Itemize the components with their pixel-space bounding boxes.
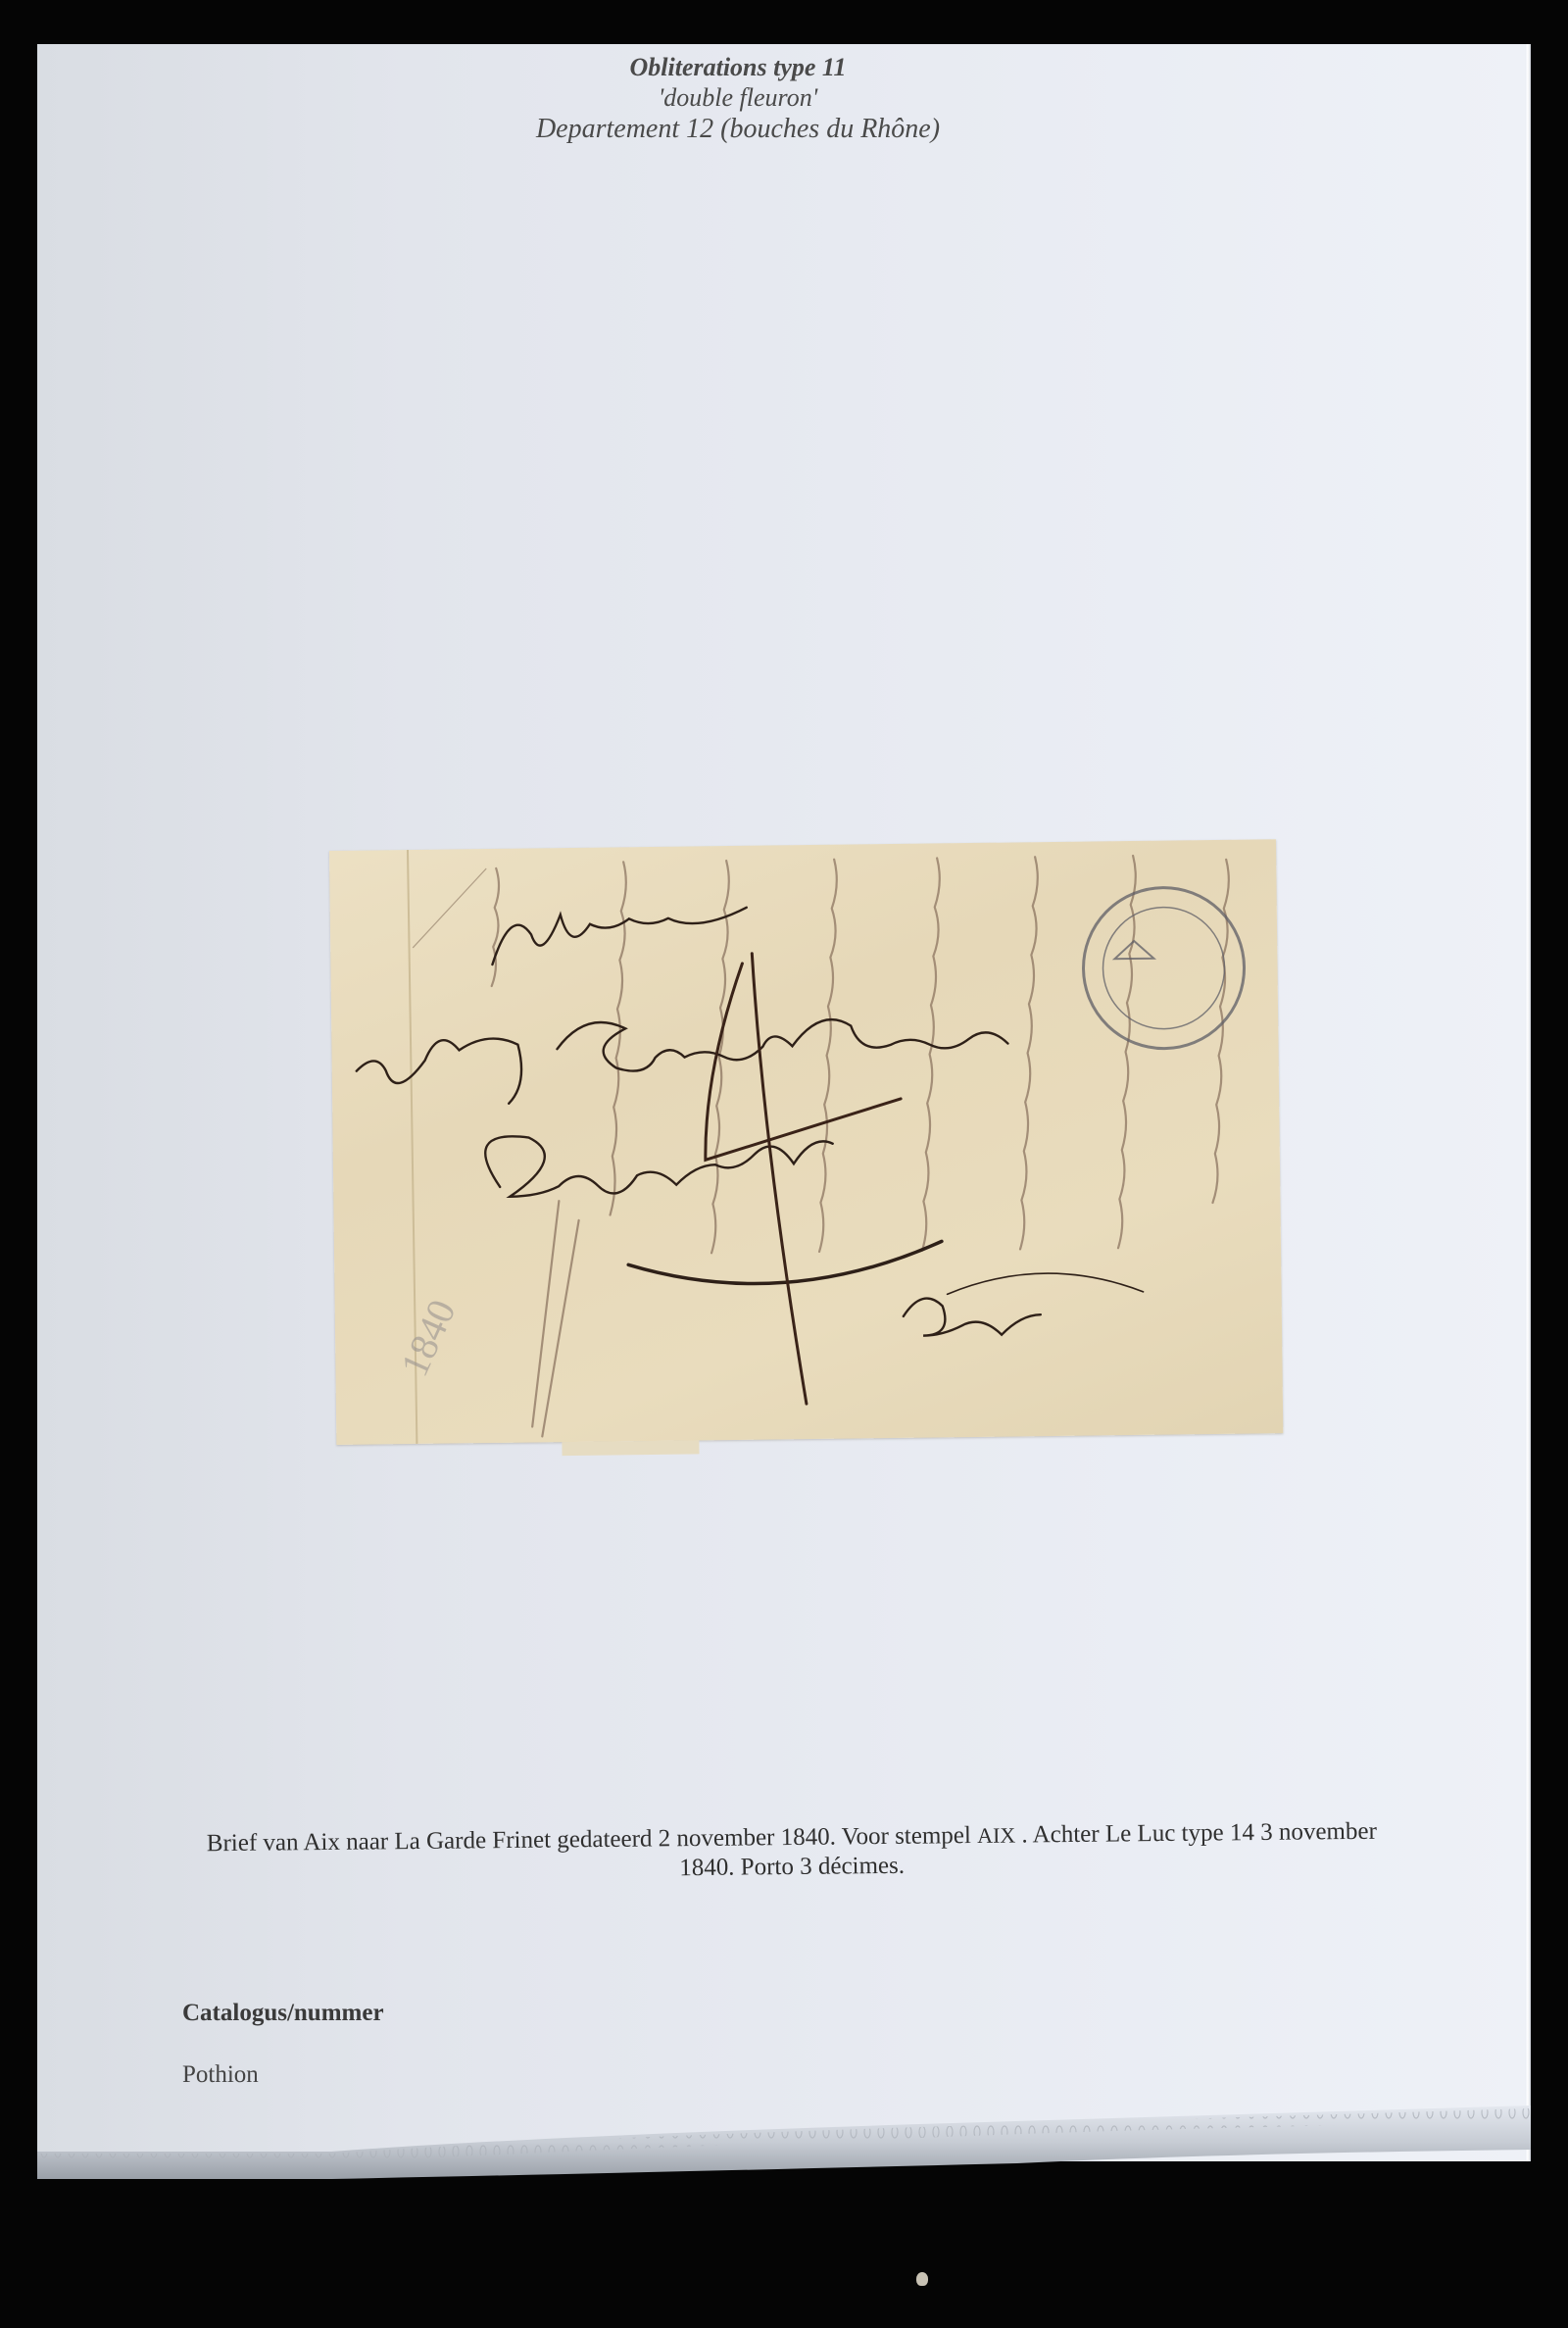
letter-cover: 1840 (329, 839, 1283, 1445)
page-header: Obliterations type 11 'double fleuron' D… (37, 52, 1439, 146)
catalogue-label: Catalogus/nummer (182, 2000, 384, 2027)
caption-stamp: AIX (977, 1823, 1015, 1848)
letter-fold-strip (562, 1440, 699, 1456)
page-edge (1525, 44, 1531, 2161)
catalogue-value: Pothion (182, 2061, 259, 2089)
letter-handwriting-illustration: 1840 (329, 839, 1283, 1445)
album-page: Obliterations type 11 'double fleuron' D… (37, 44, 1531, 2161)
page-subtitle: 'double fleuron' (37, 83, 1439, 113)
department-label: Departement 12 (bouches du Rhône) (37, 113, 1439, 146)
page-title: Obliterations type 11 (37, 52, 1439, 83)
sheet-protector-edge (37, 2103, 1531, 2191)
album-pin (916, 2272, 928, 2286)
letter-caption: Brief van Aix naar La Garde Frinet gedat… (184, 1817, 1400, 1889)
caption-text-1: Brief van Aix naar La Garde Frinet gedat… (207, 1822, 978, 1857)
pencil-note: 1840 (392, 1293, 465, 1382)
